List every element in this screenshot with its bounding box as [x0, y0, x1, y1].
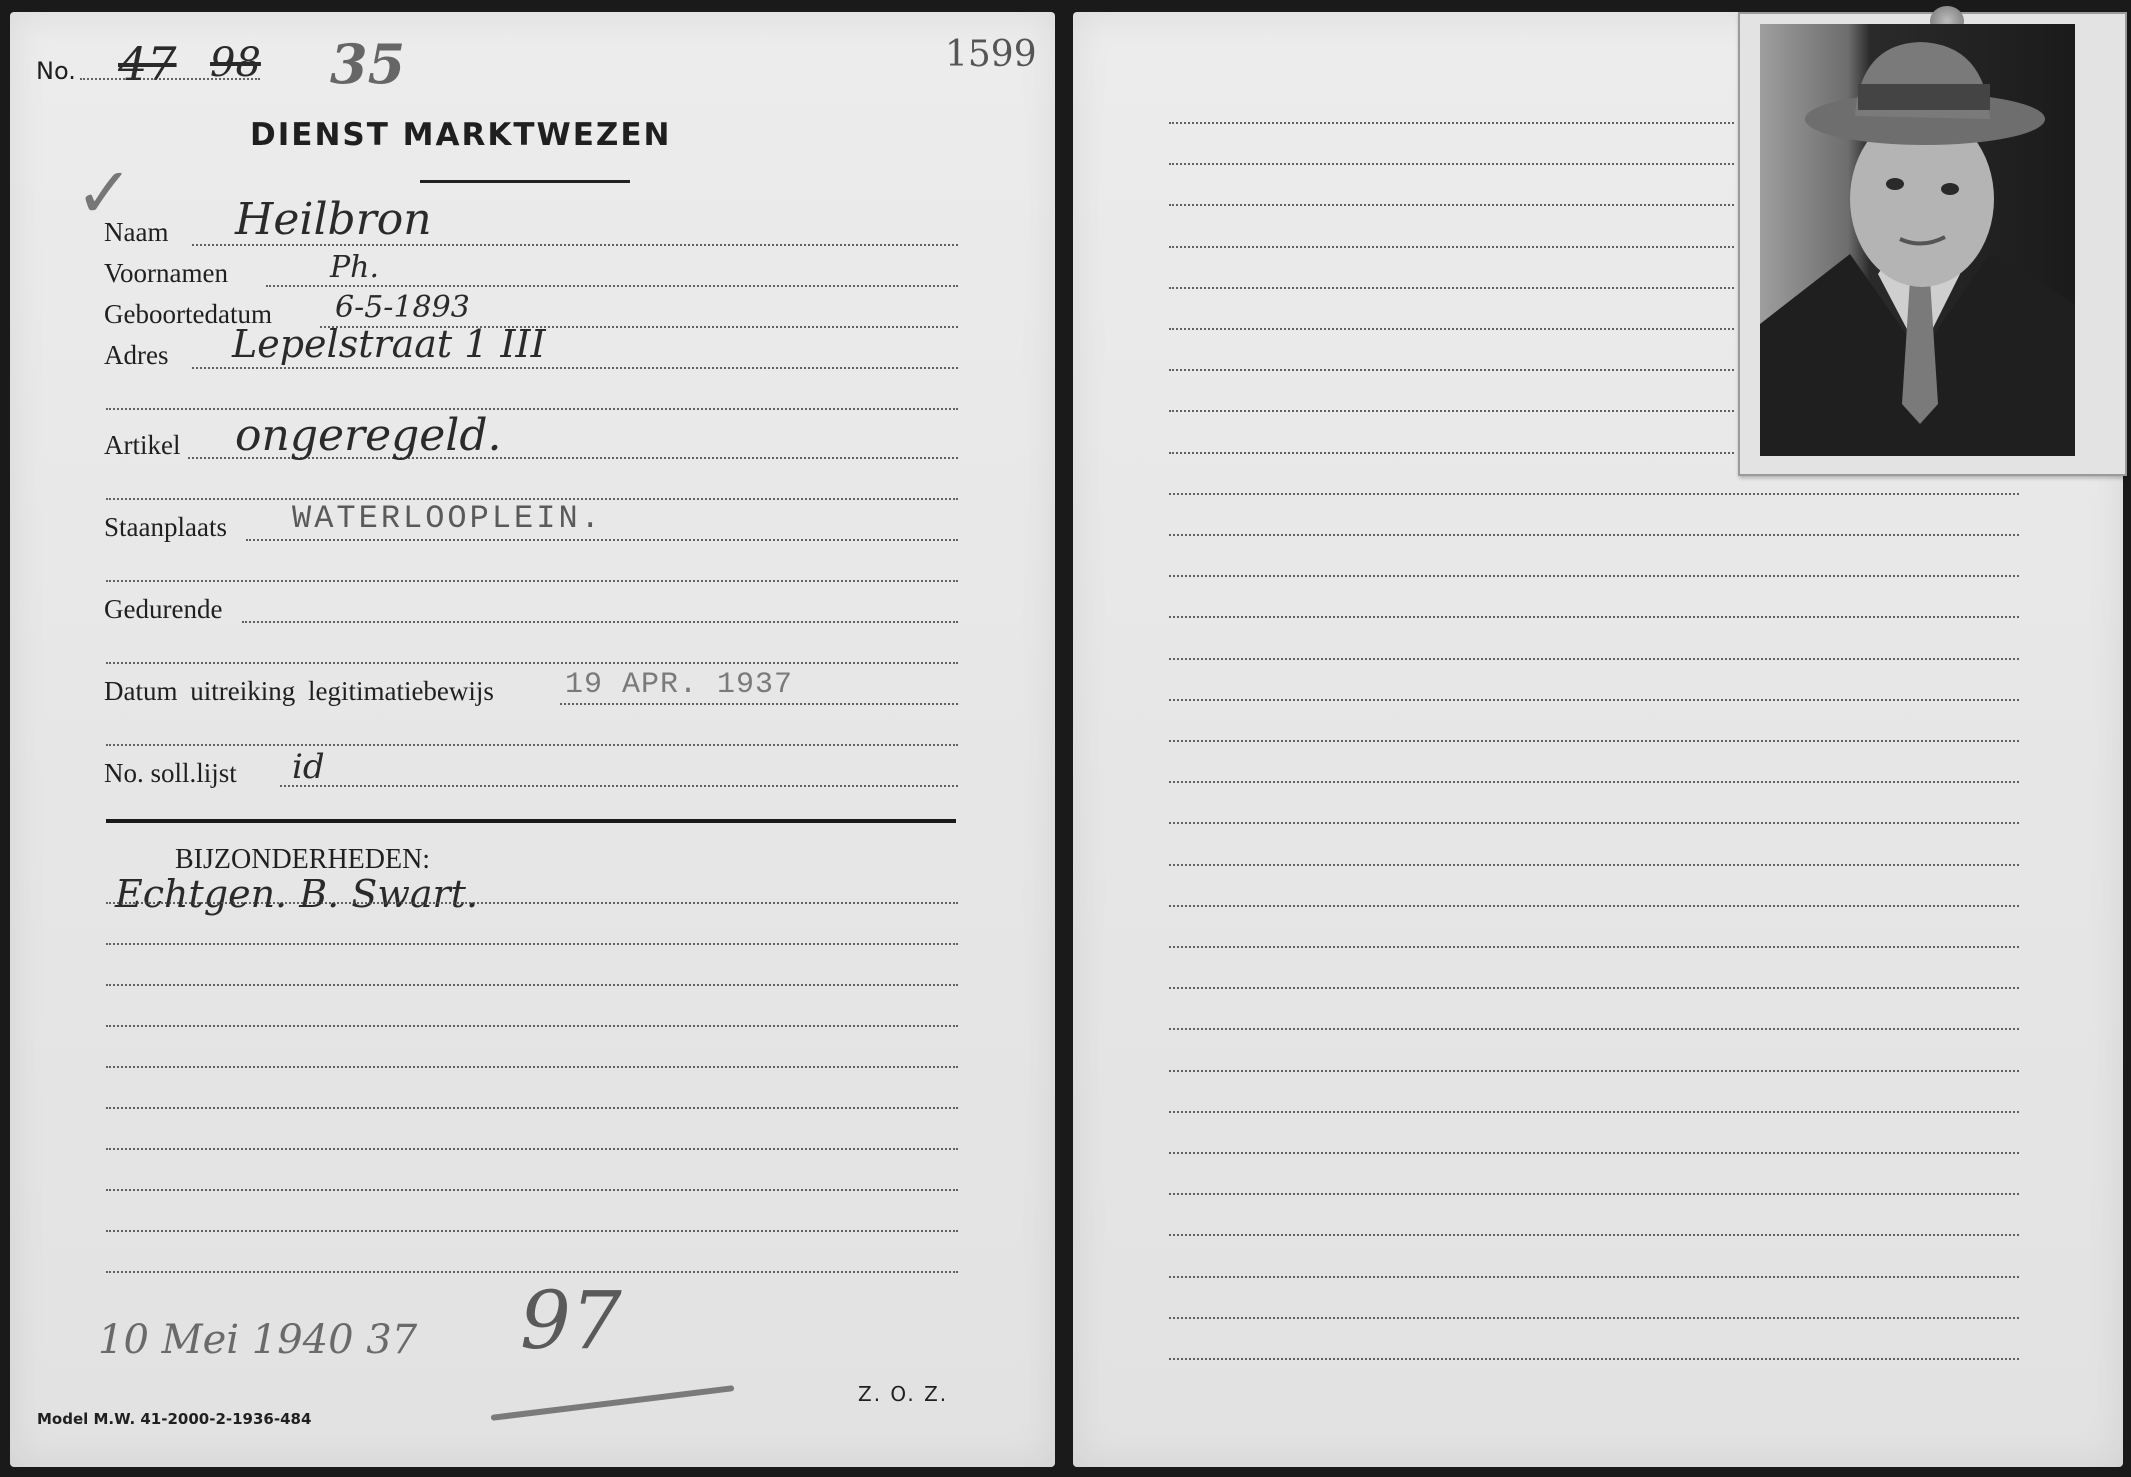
ruled-line	[1169, 1193, 2019, 1195]
ruled-line	[106, 1189, 958, 1191]
ruled-line	[1169, 740, 2019, 742]
field-value-datum-uitreiking: 19 APR. 1937	[565, 668, 793, 702]
ruled-line	[1169, 1028, 2019, 1030]
registration-card-front: No. 47 98 35 1599 DIENST MARKTWEZEN ✓ Na…	[10, 12, 1055, 1467]
number-struck-2: 98	[210, 40, 261, 86]
ruled-line	[1169, 1152, 2019, 1154]
registration-card-back	[1073, 12, 2123, 1467]
model-text: Model M.W. 41-2000-2-1936-484	[37, 1410, 311, 1428]
ruled-line	[1169, 987, 2019, 989]
ruled-line	[106, 943, 958, 945]
ruled-line	[1169, 1234, 2019, 1236]
ruled-line	[106, 902, 958, 904]
ruled-line	[1169, 1111, 2019, 1113]
ruled-line	[106, 1066, 958, 1068]
field-label-voornamen: Voornamen	[104, 258, 228, 289]
field-label-gedurende: Gedurende	[104, 594, 222, 625]
rule-datum-uitreiking-2	[106, 744, 958, 746]
ruled-line	[1169, 534, 2019, 536]
ruled-line	[106, 984, 958, 986]
ruled-line	[106, 1148, 958, 1150]
ruled-line	[106, 1230, 958, 1232]
field-label-datum-uitreiking: Datum uitreiking legitimatiebewijs	[104, 676, 494, 707]
number-value: 35	[330, 32, 405, 96]
field-value-artikel: ongeregeld.	[235, 410, 502, 461]
portrait-photo	[1760, 24, 2075, 456]
bottom-mark: 97	[520, 1274, 622, 1367]
title-underline	[420, 180, 630, 183]
rule-staanplaats	[246, 539, 958, 541]
field-value-naam: Heilbron	[235, 194, 432, 245]
field-value-staanplaats: WATERLOOPLEIN.	[292, 500, 603, 537]
ruled-line	[1169, 781, 2019, 783]
rule-adres	[192, 367, 958, 369]
rule-soll-lijst	[280, 785, 958, 787]
ruled-line	[1169, 699, 2019, 701]
zoz-text: Z. O. Z.	[858, 1382, 948, 1406]
ruled-line	[1169, 822, 2019, 824]
ruled-line	[1169, 905, 2019, 907]
field-label-soll-lijst: No. soll.lijst	[104, 758, 237, 789]
rule-gedurende	[242, 621, 958, 623]
field-value-soll-lijst: id	[292, 747, 325, 787]
archive-number: 1599	[945, 34, 1037, 75]
ruled-line	[106, 1271, 958, 1273]
ruled-line	[1169, 1317, 2019, 1319]
rule-voornamen	[266, 285, 958, 287]
ruled-line	[1169, 493, 2019, 495]
ruled-line	[1169, 410, 1734, 412]
ruled-line	[1169, 1070, 2019, 1072]
ruled-line	[1169, 328, 1734, 330]
field-value-adres: Lepelstraat 1 III	[232, 322, 546, 366]
ruled-line	[1169, 204, 1734, 206]
ruled-line	[1169, 369, 1734, 371]
bijzonderheden-value: Echtgen. B. Swart.	[115, 872, 478, 916]
rule-adres-2	[106, 408, 958, 410]
rule-gedurende-2	[106, 662, 958, 664]
ruled-line	[1169, 163, 1734, 165]
field-value-voornamen: Ph.	[330, 250, 379, 285]
number-struck-1: 47	[118, 37, 177, 91]
ruled-line	[1169, 1358, 2019, 1360]
ruled-line	[1169, 1276, 2019, 1278]
section-divider	[106, 819, 956, 823]
ruled-line	[1169, 575, 2019, 577]
rule-datum-uitreiking	[560, 703, 958, 705]
field-value-geboortedatum: 6-5-1893	[335, 290, 470, 325]
rule-staanplaats-2	[106, 580, 958, 582]
bottom-mark-underline	[491, 1385, 735, 1421]
ruled-line	[1169, 122, 1734, 124]
photo-mount	[1738, 12, 2127, 476]
ruled-line	[106, 1025, 958, 1027]
ruled-line	[1169, 658, 2019, 660]
portrait-illustration	[1760, 24, 2075, 456]
ruled-line	[1169, 246, 1734, 248]
field-label-artikel: Artikel	[104, 430, 180, 461]
ruled-line	[1169, 946, 2019, 948]
number-label: No.	[36, 57, 76, 85]
ruled-line	[106, 1107, 958, 1109]
ruled-line	[1169, 452, 1734, 454]
field-label-naam: Naam	[104, 217, 168, 248]
ruled-line	[1169, 864, 2019, 866]
card-title: DIENST MARKTWEZEN	[250, 117, 672, 153]
bottom-note: 10 Mei 1940 37	[98, 1317, 417, 1363]
ruled-line	[1169, 616, 2019, 618]
field-label-adres: Adres	[104, 340, 168, 371]
ruled-line	[1169, 287, 1734, 289]
field-label-staanplaats: Staanplaats	[104, 512, 227, 543]
